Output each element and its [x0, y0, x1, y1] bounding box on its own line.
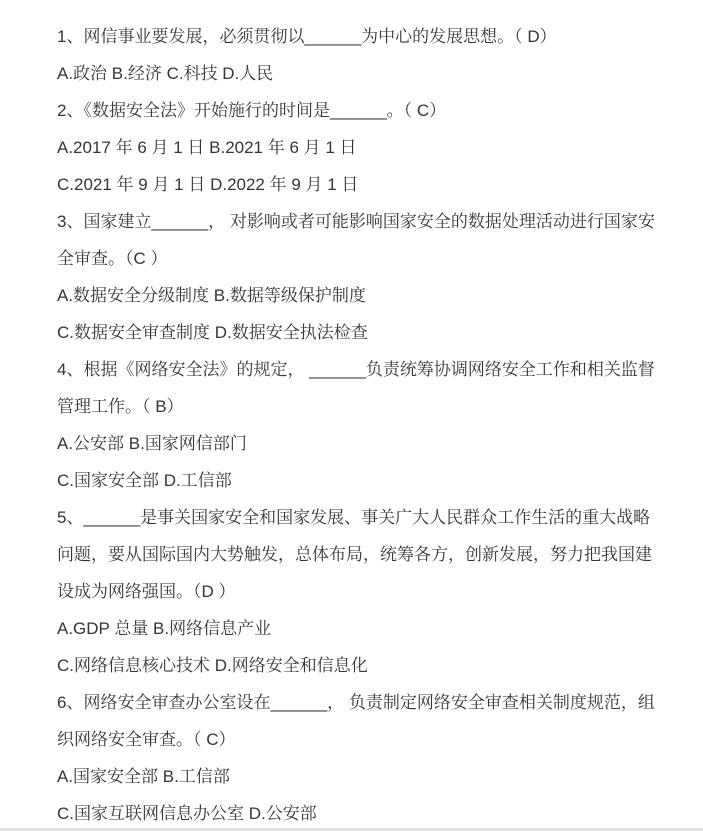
question-text-line: 全审查。（C ） [57, 240, 646, 277]
question-block-3: 3、国家建立______， 对影响或者可能影响国家安全的数据处理活动进行国家安 … [57, 203, 703, 351]
option-line: A.GDP 总量 B.网络信息产业 [57, 610, 646, 647]
option-line: C.2021 年 9 月 1 日 D.2022 年 9 月 1 日 [57, 166, 646, 203]
question-text-line: 设成为网络强国。（D ） [57, 573, 646, 610]
question-text-line: 1、网信事业要发展，必须贯彻以______为中心的发展思想。（ D） [57, 18, 646, 55]
question-block-6: 6、网络安全审查办公室设在______， 负责制定网络安全审查相关制度规范，组 … [57, 684, 703, 831]
option-line: A.数据安全分级制度 B.数据等级保护制度 [57, 277, 646, 314]
option-line: A.国家安全部 B.工信部 [57, 758, 646, 795]
question-text-line: 2、《数据安全法》开始施行的时间是______。（ C） [57, 92, 646, 129]
document-page: 1、网信事业要发展，必须贯彻以______为中心的发展思想。（ D） A.政治 … [0, 0, 703, 831]
option-line: C.国家安全部 D.工信部 [57, 462, 646, 499]
option-line: C.网络信息核心技术 D.网络安全和信息化 [57, 647, 646, 684]
question-text-line: 问题，要从国际国内大势触发，总体布局，统筹各方，创新发展，努力把我国建 [57, 536, 646, 573]
option-line: A.公安部 B.国家网信部门 [57, 425, 646, 462]
question-block-1: 1、网信事业要发展，必须贯彻以______为中心的发展思想。（ D） A.政治 … [57, 18, 703, 92]
quiz-content: 1、网信事业要发展，必须贯彻以______为中心的发展思想。（ D） A.政治 … [0, 0, 703, 831]
question-text-line: 织网络安全审查。（ C） [57, 721, 646, 758]
option-line: C.国家互联网信息办公室 D.公安部 [57, 795, 646, 831]
question-text-line: 6、网络安全审查办公室设在______， 负责制定网络安全审查相关制度规范，组 [57, 684, 646, 721]
option-line: C.数据安全审查制度 D.数据安全执法检查 [57, 314, 646, 351]
question-block-2: 2、《数据安全法》开始施行的时间是______。（ C） A.2017 年 6 … [57, 92, 703, 203]
option-line: A.政治 B.经济 C.科技 D.人民 [57, 55, 646, 92]
question-text-line: 4、根据《网络安全法》的规定， ______负责统筹协调网络安全工作和相关监督 [57, 351, 646, 388]
question-block-4: 4、根据《网络安全法》的规定， ______负责统筹协调网络安全工作和相关监督 … [57, 351, 703, 499]
option-line: A.2017 年 6 月 1 日 B.2021 年 6 月 1 日 [57, 129, 646, 166]
question-text-line: 管理工作。（ B） [57, 388, 646, 425]
question-block-5: 5、______是事关国家安全和国家发展、事关广大人民群众工作生活的重大战略 问… [57, 499, 703, 684]
question-text-line: 3、国家建立______， 对影响或者可能影响国家安全的数据处理活动进行国家安 [57, 203, 646, 240]
question-text-line: 5、______是事关国家安全和国家发展、事关广大人民群众工作生活的重大战略 [57, 499, 646, 536]
